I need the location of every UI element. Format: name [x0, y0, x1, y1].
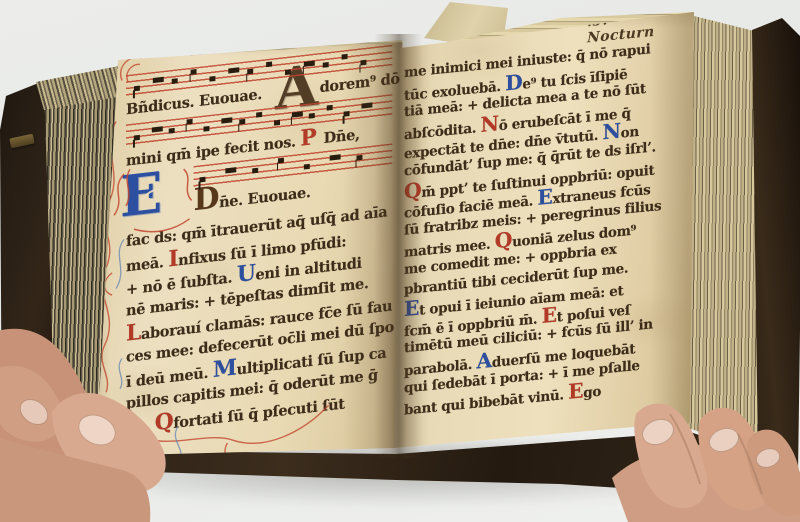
hands-layer [0, 0, 800, 522]
right-hand [612, 404, 800, 522]
manuscript-book-photo: Pſalmus · 64 · A Bñdicus. Euouae.dorem⁹ … [0, 0, 800, 522]
left-hand [0, 329, 166, 522]
